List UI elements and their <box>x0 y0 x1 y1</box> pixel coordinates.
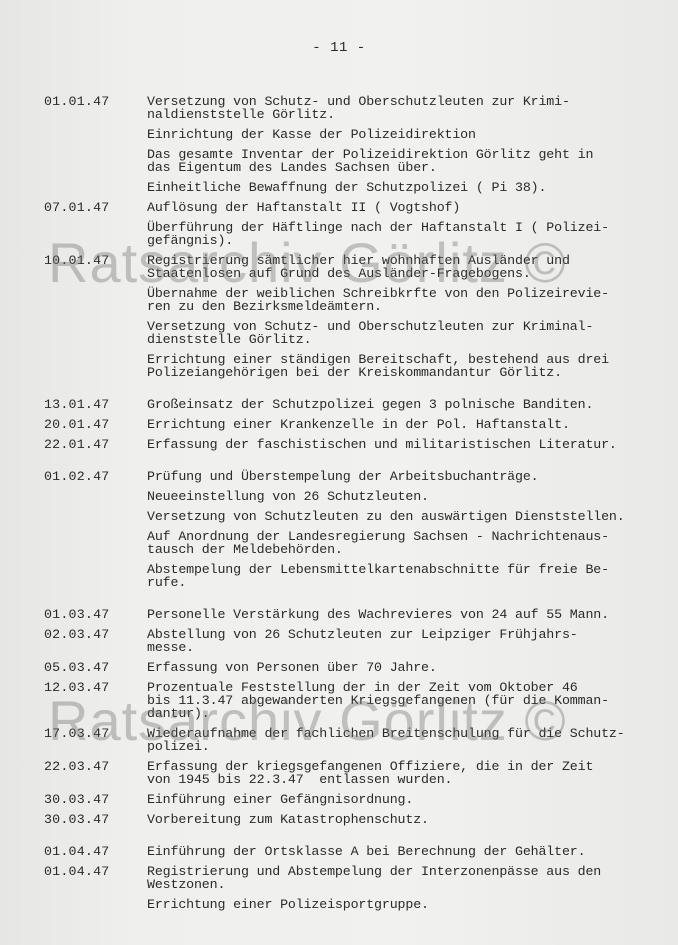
entry-row: Neueeinstellung von 26 Schutzleuten. <box>44 490 644 503</box>
entry-text: Erfassung der kriegsgefangenen Offiziere… <box>147 760 644 786</box>
entry-text: Registrierung und Abstempelung der Inter… <box>147 865 644 891</box>
entry-text: Errichtung einer ständigen Bereitschaft,… <box>147 353 644 379</box>
entry-text: Prozentuale Feststellung der in der Zeit… <box>147 681 644 720</box>
entry-row: Errichtung einer ständigen Bereitschaft,… <box>44 353 644 379</box>
entry-text: Personelle Verstärkung des Wachrevieres … <box>147 608 644 621</box>
entry-date: 30.03.47 <box>44 793 147 806</box>
entry-date: 01.01.47 <box>44 95 147 108</box>
entry-row: 30.03.47Einführung einer Gefängnisordnun… <box>44 793 644 806</box>
entry-row: Versetzung von Schutzleuten zu den auswä… <box>44 510 644 523</box>
entry-text: Abstellung von 26 Schutzleuten zur Leipz… <box>147 628 644 654</box>
entry-text: Prüfung und Überstempelung der Arbeitsbu… <box>147 470 644 483</box>
entry-date: 13.01.47 <box>44 398 147 411</box>
entry-text: Wiederaufnahme der fachlichen Breitensch… <box>147 727 644 753</box>
entry-row: Übernahme der weiblichen Schreibkrfte vo… <box>44 287 644 313</box>
entry-date: 01.02.47 <box>44 470 147 483</box>
entry-row: 05.03.47Erfassung von Personen über 70 J… <box>44 661 644 674</box>
entry-date: 01.04.47 <box>44 845 147 858</box>
entry-row: 02.03.47Abstellung von 26 Schutzleuten z… <box>44 628 644 654</box>
entry-date: 22.03.47 <box>44 760 147 773</box>
entry-date: 17.03.47 <box>44 727 147 740</box>
entry-row: 17.03.47Wiederaufnahme der fachlichen Br… <box>44 727 644 753</box>
document-page: - 11 - 01.01.47Versetzung von Schutz- un… <box>0 0 678 945</box>
entry-text: Einführung einer Gefängnisordnung. <box>147 793 644 806</box>
entry-row: Abstempelung der Lebensmittelkartenabsch… <box>44 563 644 589</box>
entry-date: 02.03.47 <box>44 628 147 641</box>
entry-text: Das gesamte Inventar der Polizeidirektio… <box>147 148 644 174</box>
entry-row: Das gesamte Inventar der Polizeidirektio… <box>44 148 644 174</box>
entry-row: 13.01.47Großeinsatz der Schutzpolizei ge… <box>44 398 644 411</box>
page-number: - 11 - <box>0 40 678 56</box>
entry-text: Abstempelung der Lebensmittelkartenabsch… <box>147 563 644 589</box>
entry-row: Überführung der Häftlinge nach der Hafta… <box>44 221 644 247</box>
entry-text: Überführung der Häftlinge nach der Hafta… <box>147 221 644 247</box>
entry-row: 01.04.47Registrierung und Abstempelung d… <box>44 865 644 891</box>
entry-date: 22.01.47 <box>44 438 147 451</box>
entry-text: Registrierung sämtlicher hier wohnhaften… <box>147 254 644 280</box>
entry-text: Erfassung der faschistischen und militar… <box>147 438 644 451</box>
entry-date: 05.03.47 <box>44 661 147 674</box>
entry-text: Errichtung einer Krankenzelle in der Pol… <box>147 418 644 431</box>
entry-text: Neueeinstellung von 26 Schutzleuten. <box>147 490 644 503</box>
entry-row: 01.03.47Personelle Verstärkung des Wachr… <box>44 608 644 621</box>
entry-row: 10.01.47Registrierung sämtlicher hier wo… <box>44 254 644 280</box>
entry-row: 22.01.47Erfassung der faschistischen und… <box>44 438 644 451</box>
entry-row: Errichtung einer Polizeisportgruppe. <box>44 898 644 911</box>
entry-text: Einrichtung der Kasse der Polizeidirekti… <box>147 128 644 141</box>
entry-text: Versetzung von Schutz- und Oberschutzleu… <box>147 320 644 346</box>
entry-text: Übernahme der weiblichen Schreibkrfte vo… <box>147 287 644 313</box>
entry-date: 30.03.47 <box>44 813 147 826</box>
entry-date: 07.01.47 <box>44 201 147 214</box>
entry-text: Vorbereitung zum Katastrophenschutz. <box>147 813 644 826</box>
entry-row: 20.01.47Errichtung einer Krankenzelle in… <box>44 418 644 431</box>
entry-row: Versetzung von Schutz- und Oberschutzleu… <box>44 320 644 346</box>
entry-date: 12.03.47 <box>44 681 147 694</box>
entry-row: Einrichtung der Kasse der Polizeidirekti… <box>44 128 644 141</box>
entry-row: 01.02.47Prüfung und Überstempelung der A… <box>44 470 644 483</box>
entry-date: 01.04.47 <box>44 865 147 878</box>
entry-text: Erfassung von Personen über 70 Jahre. <box>147 661 644 674</box>
entry-row: 22.03.47Erfassung der kriegsgefangenen O… <box>44 760 644 786</box>
entry-date: 10.01.47 <box>44 254 147 267</box>
entry-row: 01.01.47Versetzung von Schutz- und Obers… <box>44 95 644 121</box>
entry-row: Auf Anordnung der Landesregierung Sachse… <box>44 530 644 556</box>
entry-row: 12.03.47Prozentuale Feststellung der in … <box>44 681 644 720</box>
entry-row: Einheitliche Bewaffnung der Schutzpolize… <box>44 181 644 194</box>
entry-text: Versetzung von Schutz- und Oberschutzleu… <box>147 95 644 121</box>
entry-row: 30.03.47Vorbereitung zum Katastrophensch… <box>44 813 644 826</box>
entry-date: 20.01.47 <box>44 418 147 431</box>
entry-date: 01.03.47 <box>44 608 147 621</box>
entry-text: Auflösung der Haftanstalt II ( Vogtshof) <box>147 201 644 214</box>
entry-row: 07.01.47Auflösung der Haftanstalt II ( V… <box>44 201 644 214</box>
entry-text: Errichtung einer Polizeisportgruppe. <box>147 898 644 911</box>
entry-text: Einheitliche Bewaffnung der Schutzpolize… <box>147 181 644 194</box>
entry-text: Auf Anordnung der Landesregierung Sachse… <box>147 530 644 556</box>
chronology-entries: 01.01.47Versetzung von Schutz- und Obers… <box>44 95 644 911</box>
entry-row: 01.04.47Einführung der Ortsklasse A bei … <box>44 845 644 858</box>
entry-text: Versetzung von Schutzleuten zu den auswä… <box>147 510 644 523</box>
entry-text: Einführung der Ortsklasse A bei Berechnu… <box>147 845 644 858</box>
entry-text: Großeinsatz der Schutzpolizei gegen 3 po… <box>147 398 644 411</box>
